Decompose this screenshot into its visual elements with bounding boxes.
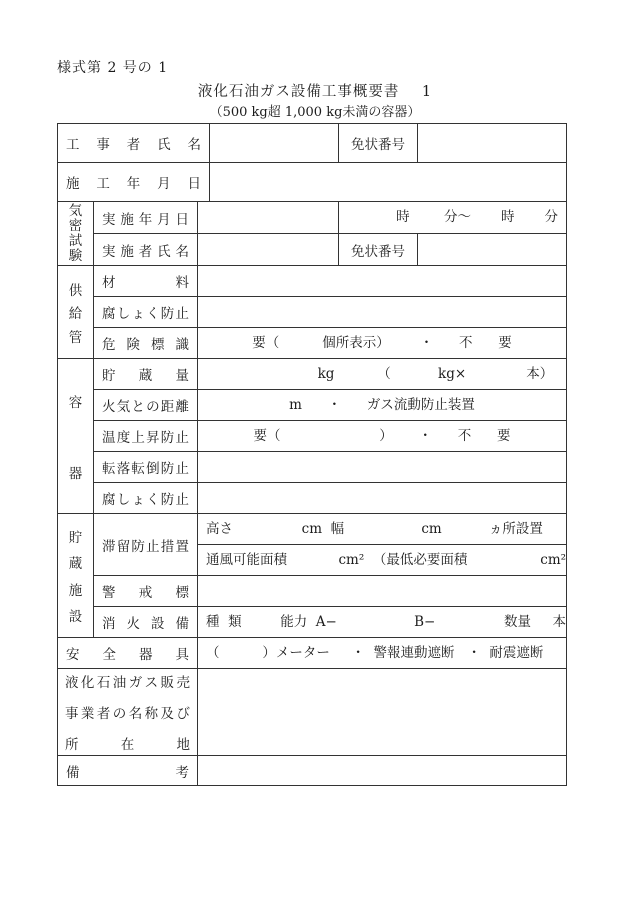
construction-summary-table: 工事者氏名 免状番号 施工年月日 気密試験 実施年月日 時 分～ [57,123,567,786]
storage-amount-value-text: kg （ kg× 本） [198,360,566,389]
temp-rise-label: 温度上昇防止 [94,421,198,452]
row-pipe-corrosion: 腐しょく防止 [58,297,567,328]
fall-prevention-value-cell [198,452,567,483]
test-date-label-text: 実施年月日 [94,208,197,228]
container-corrosion-value-cell [198,483,567,514]
worker-name-label: 工事者氏名 [58,124,210,163]
hazard-sign-label: 危険標識 [94,328,198,359]
license-no-label: 免状番号 [339,124,418,163]
storage-amount-value-cell: kg （ kg× 本） [198,359,567,390]
seller-label-line2: 事業者の名称及び [58,702,197,722]
fire-distance-label: 火気との距離 [94,390,198,421]
airtight-test-label-text: 気密試験 [58,203,93,265]
row-worker-name: 工事者氏名 免状番号 [58,124,567,163]
retention-height-value-cell: 高さ cm 幅 cm ヵ所設置 [198,514,567,545]
seller-label: 液化石油ガス販売 事業者の名称及び 所在地 [58,669,198,756]
container-corrosion-label: 腐しょく防止 [94,483,198,514]
row-seller: 液化石油ガス販売 事業者の名称及び 所在地 [58,669,567,756]
safety-device-label-text: 安全器具 [58,643,197,663]
warning-sign-value-cell [198,576,567,607]
fire-equipment-label-text: 消火設備 [94,612,197,632]
construction-date-value-cell [210,163,567,202]
doc-subtitle: （500 kg超 1,000 kg未満の容器） [0,101,630,120]
storage-facility-section-label: 貯蔵施設 [58,514,94,638]
tester-name-value-cell [198,234,339,266]
safety-device-value-text: （ ）メーター ・ 警報連動遮断 ・ 耐震遮断 [198,639,566,668]
row-material: 供給管 材料 [58,266,567,297]
construction-date-label: 施工年月日 [58,163,210,202]
container-corrosion-label-text: 腐しょく防止 [94,488,197,508]
retention-height-value-text: 高さ cm 幅 cm ヵ所設置 [198,515,566,544]
safety-device-label: 安全器具 [58,638,198,669]
test-time-cell: 時 分～ 時 分 [339,202,567,234]
row-construction-date: 施工年月日 [58,163,567,202]
material-value-cell [198,266,567,297]
remarks-label: 備考 [58,756,198,786]
retention-vent-value-cell: 通風可能面積 cm² （最低必要面積 cm²） [198,545,567,576]
pipe-corrosion-label-text: 腐しょく防止 [94,302,197,322]
airtight-test-section-label: 気密試験 [58,202,94,266]
fire-equipment-label: 消火設備 [94,607,198,638]
temp-rise-value-cell: 要（ ） ・ 不 要 [198,421,567,452]
retention-prevention-label-text: 滞留防止措置 [94,535,197,555]
row-hazard-sign: 危険標識 要（ 個所表示） ・ 不 要 [58,328,567,359]
hazard-sign-label-text: 危険標識 [94,333,197,353]
row-warning-sign: 警戒標 [58,576,567,607]
row-airtight-test-date: 気密試験 実施年月日 時 分～ 時 分 [58,202,567,234]
remarks-value-cell [198,756,567,786]
retention-prevention-label: 滞留防止措置 [94,514,198,576]
remarks-label-text: 備考 [58,761,197,781]
form-number: 様式第 2 号の 1 [57,57,168,77]
pipe-corrosion-label: 腐しょく防止 [94,297,198,328]
fall-prevention-label: 転落転倒防止 [94,452,198,483]
supply-pipe-label-text: 供給管 [58,267,93,358]
row-retention-height: 貯蔵施設 滞留防止措置 高さ cm 幅 cm ヵ所設置 [58,514,567,545]
row-container-corrosion: 腐しょく防止 [58,483,567,514]
seller-label-line3: 所在地 [58,733,197,753]
row-remarks: 備考 [58,756,567,786]
retention-vent-value-text: 通風可能面積 cm² （最低必要面積 cm²） [198,546,566,575]
temp-rise-value-text: 要（ ） ・ 不 要 [198,422,566,451]
license-no-value-cell [418,124,567,163]
test-date-label: 実施年月日 [94,202,198,234]
row-tester-name: 実施者氏名 免状番号 [58,234,567,266]
worker-name-label-text: 工事者氏名 [58,133,209,153]
document-page: 様式第 2 号の 1 液化石油ガス設備工事概要書 1 （500 kg超 1,00… [0,0,630,903]
row-fire-distance: 火気との距離 m ・ ガス流動防止装置 [58,390,567,421]
fire-equipment-value-cell: 種 類 能力 A− B− 数量 本 [198,607,567,638]
fall-prevention-label-text: 転落転倒防止 [94,457,197,477]
safety-device-value-cell: （ ）メーター ・ 警報連動遮断 ・ 耐震遮断 [198,638,567,669]
container-section-label: 容器 [58,359,94,514]
construction-date-label-text: 施工年月日 [58,172,209,192]
doc-title: 液化石油ガス設備工事概要書 1 [0,80,630,101]
test-time-text: 時 分～ 時 分 [339,203,566,232]
tester-license-no-label: 免状番号 [339,234,418,266]
fire-distance-label-text: 火気との距離 [94,395,197,415]
fire-distance-value-text: m ・ ガス流動防止装置 [198,391,566,420]
test-date-value-cell [198,202,339,234]
row-storage-amount: 容器 貯蔵量 kg （ kg× 本） [58,359,567,390]
storage-facility-label-text: 貯蔵施設 [58,514,93,637]
row-fire-equipment: 消火設備 種 類 能力 A− B− 数量 本 [58,607,567,638]
seller-value-cell [198,669,567,756]
hazard-sign-value-text: 要（ 個所表示） ・ 不 要 [198,329,566,358]
storage-amount-label: 貯蔵量 [94,359,198,390]
worker-name-value-cell [210,124,339,163]
hazard-sign-value-cell: 要（ 個所表示） ・ 不 要 [198,328,567,359]
container-label-text: 容器 [58,360,93,513]
warning-sign-label-text: 警戒標 [94,581,197,601]
fire-distance-value-cell: m ・ ガス流動防止装置 [198,390,567,421]
temp-rise-label-text: 温度上昇防止 [94,426,197,446]
seller-label-lines: 液化石油ガス販売 事業者の名称及び 所在地 [58,669,197,755]
warning-sign-label: 警戒標 [94,576,198,607]
row-safety-device: 安全器具 （ ）メーター ・ 警報連動遮断 ・ 耐震遮断 [58,638,567,669]
tester-name-label-text: 実施者氏名 [94,240,197,260]
material-label: 材料 [94,266,198,297]
fire-equipment-value-text: 種 類 能力 A− B− 数量 本 [198,608,566,637]
storage-amount-label-text: 貯蔵量 [94,364,197,384]
tester-license-no-value-cell [418,234,567,266]
supply-pipe-section-label: 供給管 [58,266,94,359]
material-label-text: 材料 [94,271,197,291]
pipe-corrosion-value-cell [198,297,567,328]
row-fall-prevention: 転落転倒防止 [58,452,567,483]
seller-label-line1: 液化石油ガス販売 [58,671,197,691]
row-temp-rise: 温度上昇防止 要（ ） ・ 不 要 [58,421,567,452]
tester-name-label: 実施者氏名 [94,234,198,266]
